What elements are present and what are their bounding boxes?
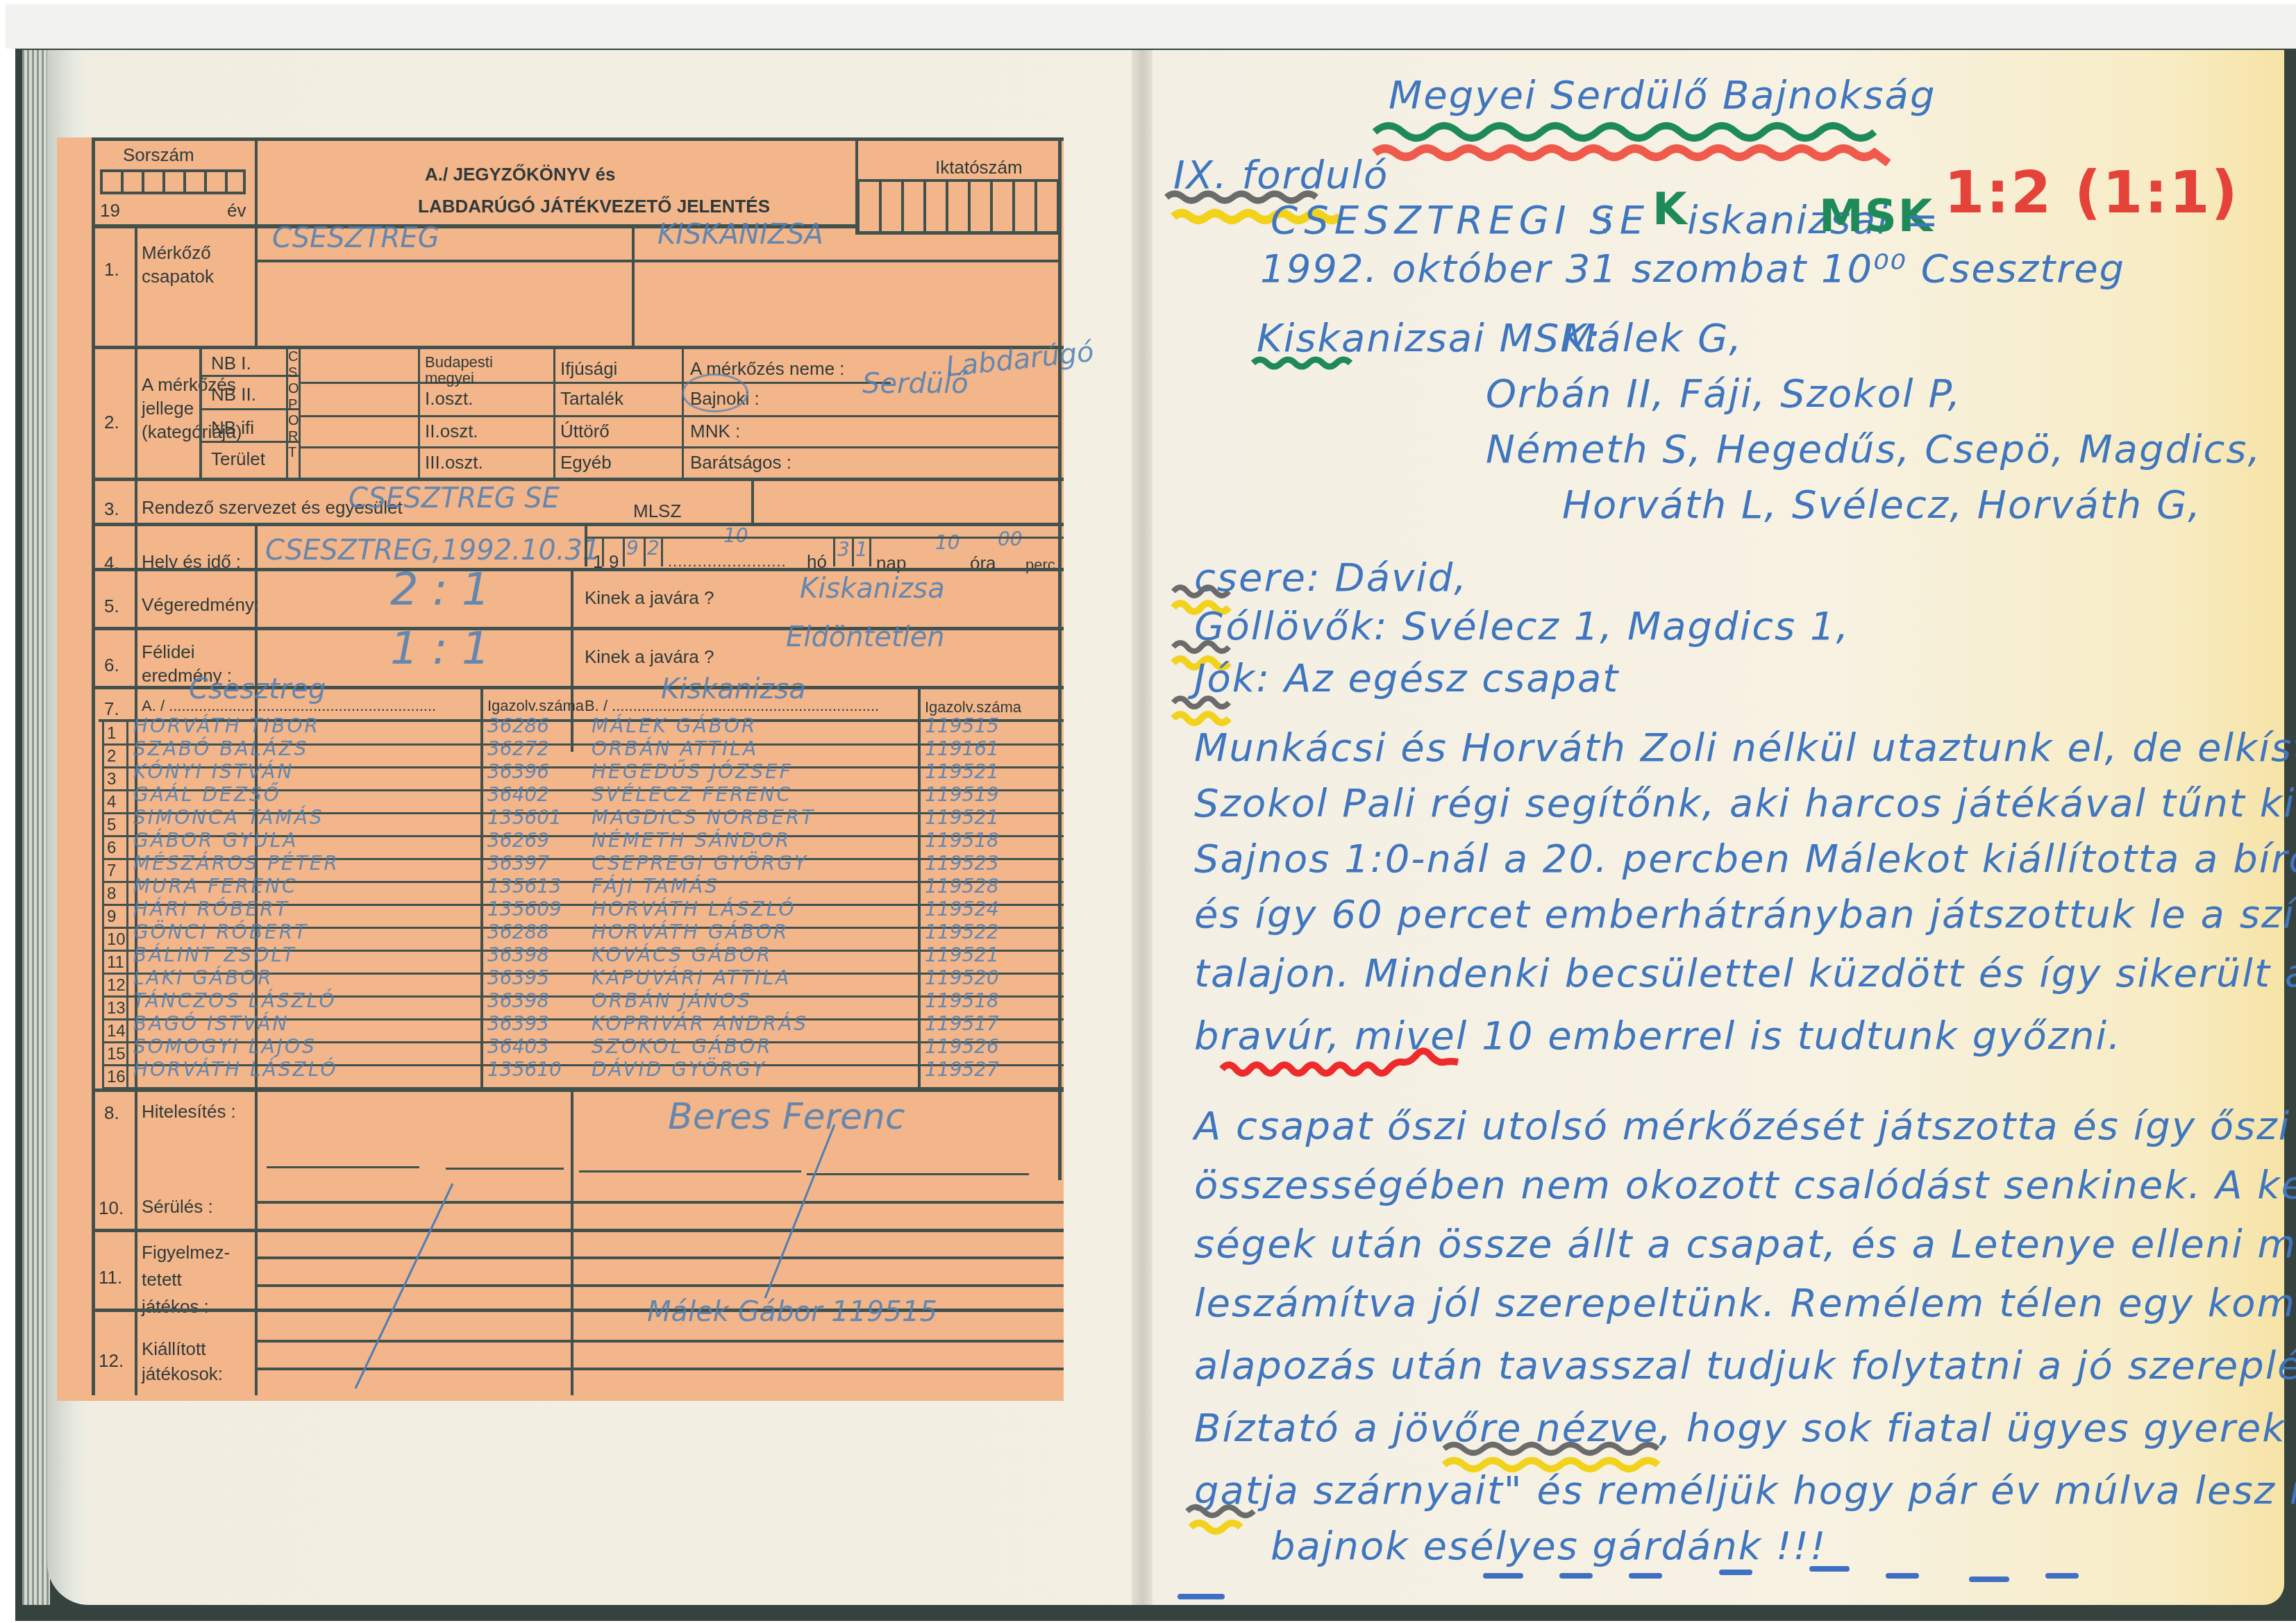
team-a-player-name: BAGÓ ISTVÁN	[133, 1014, 290, 1034]
team-a-player-id: 36288	[487, 923, 549, 942]
good-players-line: Jók: Az egész csapat	[1194, 659, 1619, 698]
team-a-player-id: 36272	[487, 739, 549, 759]
row-num-10: 10.	[99, 1197, 124, 1219]
team-b-player-id: 119515	[925, 716, 999, 736]
team-a-player-id: 36393	[487, 1014, 549, 1034]
team-a-player-name: SIMONCA TAMÁS	[133, 808, 324, 827]
place-time-hw: CSESZTREG,1992.10.31	[265, 537, 600, 564]
report-line-7: A csapat őszi utolsó mérkőzését játszott…	[1194, 1107, 2290, 1146]
div-2: II.oszt.	[425, 422, 478, 440]
row-num-1: 1.	[104, 259, 119, 280]
team-a-player-name: HÁRI RÓBERT	[133, 900, 290, 919]
team-a-hw: Csesztreg	[189, 675, 326, 703]
lineup-line-1: Málek G,	[1562, 319, 1743, 358]
player-row-number: 5	[107, 817, 116, 834]
match-type-hw-2: Serdülő	[862, 370, 969, 398]
row-num-3: 3.	[104, 498, 119, 520]
team-b-player-name: NÉMETH SÁNDOR	[592, 831, 791, 850]
row-num-12: 12.	[99, 1350, 124, 1372]
team-b-player-name: MÁLEK GÁBOR	[592, 716, 757, 736]
match-away-k: K	[1652, 187, 1689, 232]
team-b-player-name: CSEPREGI GYÖRGY	[592, 854, 808, 873]
player-row-number: 2	[107, 748, 116, 765]
type-uttoro: Úttörő	[560, 422, 610, 440]
match-home: CSESZTREGI SE	[1271, 201, 1650, 240]
team-a-player-id: 135610	[487, 1060, 562, 1079]
team-a-player-id: 36398	[487, 945, 549, 965]
halftime-score-hw: 1 : 1	[390, 627, 490, 671]
team-b-player-name: KOPRIVÁR ANDRÁS	[592, 1014, 808, 1034]
team-b-player-id: 119520	[925, 968, 999, 988]
team-a-player-id: 36398	[487, 991, 549, 1011]
div-1: I.oszt.	[425, 389, 473, 407]
report-line-4: és így 60 percet emberhátrányban játszot…	[1194, 895, 2296, 934]
team-a-player-name: BÁLINT ZSOLT	[133, 945, 296, 965]
player-row-number: 1	[107, 725, 116, 742]
day-digit-1-hw: 3	[837, 540, 850, 560]
team-a-player-name: HORVÁTH TIBOR	[133, 716, 320, 736]
type-ifjusagi: Ifjúsági	[560, 360, 617, 378]
sent-off-label: Kiállított játékosok:	[142, 1336, 232, 1387]
final-result-label: Végeredmény:	[142, 596, 259, 614]
organizer-hw: CSESZTREG SE	[349, 485, 560, 512]
final-score: 1:2 (1:1)	[1944, 163, 2239, 221]
team-b-player-id: 119522	[925, 923, 999, 942]
team-a-player-name: KÓNYI ISTVÁN	[133, 762, 294, 782]
match-sep: :	[1600, 201, 1615, 240]
player-grid: 1HORVÁTH TIBOR36286MÁLEK GÁBOR1195152SZA…	[57, 722, 1064, 1088]
csoport-vertical: CSOPORT	[288, 349, 299, 461]
team-b-player-id: 119528	[925, 877, 999, 896]
team-b-player-id: 119527	[925, 1060, 999, 1079]
player-row-number: 9	[107, 909, 116, 925]
scan-top-margin	[6, 4, 2296, 49]
level-nb2: NB II.	[211, 385, 256, 403]
lineup-line-2: Orbán II, Fáji, Szokol P,	[1486, 375, 1961, 414]
report-line-3: Sajnos 1:0-nál a 20. percben Málekot kiá…	[1194, 840, 2296, 879]
year-suffix: év	[227, 201, 246, 219]
team-b-id-header: Igazolv.száma	[925, 700, 1021, 715]
team-b-player-id: 119517	[925, 1014, 999, 1034]
sorszam-boxes[interactable]	[100, 169, 246, 194]
report-line-8: összességében nem okozott csalódást senk…	[1194, 1166, 2296, 1205]
player-row-number: 16	[107, 1069, 126, 1086]
name-baratsagos: Barátságos :	[690, 453, 791, 471]
team-b-player-id: 119521	[925, 762, 999, 782]
year-digit-4-hw: 2	[647, 539, 660, 558]
team-a-player-id: 36269	[487, 831, 549, 850]
report-line-13: gatja szárnyait" és reméljük hogy pár év…	[1194, 1472, 2296, 1511]
injury-label: Sérülés :	[142, 1197, 213, 1216]
certification-label: Hitelesítés :	[142, 1102, 236, 1120]
player-row-number: 4	[107, 794, 116, 811]
form-lower-block: 10. Sérülés : 11. Figyelmez- tetett játé…	[57, 1180, 1064, 1395]
title-underline-green	[1375, 118, 1916, 174]
team-a-player-id: 36397	[487, 854, 549, 873]
lineup-underline	[1253, 353, 1364, 373]
halftime-winner-hw: Eldöntetlen	[786, 623, 945, 651]
level-nb1: NB I.	[211, 354, 251, 372]
team-a-player-name: GÁBOR GYULA	[133, 831, 299, 850]
row-num-11: 11.	[99, 1267, 122, 1288]
team-b-player-name: KAPUVÁRI ATTILA	[592, 968, 791, 988]
team-b-player-name: SVÉLECZ FERENC	[592, 785, 792, 805]
scorers-line: Góllövők: Svélecz 1, Magdics 1,	[1194, 607, 1850, 646]
team-b-player-name: ORBÁN ATTILA	[592, 739, 758, 759]
level-nbifi: NB ifi	[211, 419, 254, 437]
report-line-12: Bíztató a jövőre nézve, hogy sok fiatal …	[1194, 1409, 2296, 1448]
team-b-player-name: FÁJI TAMÁS	[592, 877, 719, 896]
report-line-2: Szokol Pali régi segítőnk, aki harcos já…	[1194, 784, 2296, 823]
div-3: III.oszt.	[425, 453, 483, 471]
team-a-player-id: 36286	[487, 716, 549, 736]
type-egyeb: Egyéb	[560, 453, 612, 471]
wings-underline	[1187, 1503, 1257, 1545]
name-mnk: MNK :	[690, 422, 740, 440]
team-a-id-header: Igazolv.száma	[487, 698, 584, 714]
team-b-player-id: 119523	[925, 854, 999, 873]
iktatoszam-boxes[interactable]	[857, 179, 1062, 234]
year-prefix: 19	[100, 201, 120, 219]
team-a-player-name: GAÁL DEZSŐ	[133, 785, 281, 805]
team-b-player-name: MAGDICS NORBERT	[592, 808, 815, 827]
level-terulet: Terület	[211, 450, 265, 468]
sorszam-label: Sorszám	[123, 146, 194, 164]
team-b-hw: Kiskanizsa	[661, 675, 806, 703]
report-line-5: talajon. Mindenki becsülettel küzdött és…	[1194, 955, 2296, 993]
team-b-player-id: 119524	[925, 900, 999, 919]
team-b-player-id: 119161	[925, 739, 999, 759]
player-row-number: 15	[107, 1046, 126, 1063]
team-a-player-id: 36395	[487, 968, 549, 988]
player-row-number: 7	[107, 863, 116, 880]
month-hw: 10	[723, 526, 748, 546]
type-tartalek: Tartalék	[560, 389, 623, 407]
team-a-player-name: MÉSZÁROS PÉTER	[133, 854, 340, 873]
team-b-player-name: HORVÁTH LÁSZLÓ	[592, 900, 796, 919]
team-b-player-name: HORVÁTH GÁBOR	[592, 923, 789, 942]
team-b-player-name: DÁVID GYÖRGY	[592, 1060, 766, 1079]
organizer-org: MLSZ	[633, 502, 681, 520]
final-score-hw: 2 : 1	[390, 568, 490, 612]
team-a-player-name: TÁNCZOS LÁSZLÓ	[133, 991, 337, 1011]
notes-title: Megyei Serdülő Bajnokság	[1389, 76, 1936, 115]
void-strike-a	[328, 1180, 605, 1395]
team-b-player-id: 119521	[925, 945, 999, 965]
report-line-11: alapozás után tavasszal tudjuk folytatni…	[1194, 1347, 2296, 1386]
player-row-number: 12	[107, 977, 126, 994]
form-title-line2: LABDARÚGÓ JÁTÉKVEZETŐ JELENTÉS	[418, 197, 770, 215]
void-strike-b	[723, 1125, 932, 1333]
team-a-player-name: SOMOGYI LAJOS	[133, 1037, 317, 1057]
team-b-player-name: SZOKOL GÁBOR	[592, 1037, 773, 1057]
team-a-player-name: LAKI GÁBOR	[133, 968, 274, 988]
team-a-player-id: 36402	[487, 785, 549, 805]
team-b-player-name: ORBÁN JÁNOS	[592, 991, 752, 1011]
team-a-player-id: 36396	[487, 762, 549, 782]
player-row-number: 13	[107, 1000, 126, 1017]
div-budapesti: Budapesti megyei	[425, 354, 501, 386]
day-digit-2-hw: 1	[855, 540, 868, 560]
home-team-hw: CSESZTREG	[272, 224, 439, 252]
player-row-number: 8	[107, 886, 116, 902]
team-a-player-name: GÖNCI RÓBERT	[133, 923, 308, 942]
team-a-player-id: 36403	[487, 1037, 549, 1057]
bravur-underline	[1222, 1048, 1444, 1083]
team-a-player-id: 135613	[487, 877, 562, 896]
team-b-player-id: 119518	[925, 991, 999, 1011]
team-a-player-name: MURA FERENC	[133, 877, 298, 896]
team-b-player-id: 119521	[925, 808, 999, 827]
lineup-line-3: Németh S, Hegedűs, Csepö, Magdics,	[1486, 430, 2261, 469]
player-row-number: 14	[107, 1023, 126, 1040]
book-page-edges	[22, 50, 50, 1605]
team-b-player-id: 119519	[925, 785, 999, 805]
date-line: 1992. október 31 szombat 10⁰⁰ Csesztreg	[1260, 250, 2125, 289]
team-a-player-name: SZABÓ BALÁZS	[133, 739, 308, 759]
final-winner-label: Kinek a javára ?	[585, 589, 714, 607]
player-row-number: 6	[107, 840, 116, 857]
closing-dashes	[1173, 1548, 2284, 1604]
halftime-winner-label: Kinek a javára ?	[585, 648, 714, 666]
match-equals: =	[1906, 201, 1940, 240]
bajnoki-circle	[682, 373, 748, 412]
player-row-number: 10	[107, 932, 126, 948]
lineup-line-4: Horváth L, Svélecz, Horváth G,	[1562, 486, 2202, 525]
row-num-5: 5.	[104, 596, 119, 617]
player-row-number: 3	[107, 771, 116, 788]
book-gutter	[1132, 50, 1154, 1605]
iktatoszam-label: Iktatószám	[935, 158, 1023, 176]
report-line-10: leszámítva jól szerepeltünk. Remélem tél…	[1194, 1284, 2296, 1323]
team-b-player-name: KOVÁCS GÁBOR	[592, 945, 772, 965]
year-digit-3-hw: 9	[626, 539, 639, 558]
teams-label: Mérkőző csapatok	[142, 242, 246, 289]
minute-hw: 00	[998, 530, 1023, 549]
team-a-player-name: HORVÁTH LÁSZLÓ	[133, 1060, 337, 1079]
form-title-line1: A./ JEGYZŐKÖNYV és	[425, 165, 616, 183]
row-num-8: 8.	[104, 1102, 119, 1124]
report-line-9: ségek után össze állt a csapat, és a Let…	[1194, 1225, 2296, 1264]
final-winner-hw: Kiskanizsa	[800, 575, 945, 603]
report-line-1: Munkácsi és Horváth Zoli nélkül utaztunk…	[1194, 729, 2296, 768]
team-b-player-id: 119518	[925, 831, 999, 850]
row-num-6: 6.	[104, 655, 119, 676]
away-team-hw: KISKANIZSA	[657, 221, 823, 249]
team-a-player-id: 135601	[487, 808, 562, 827]
row-num-7: 7.	[104, 698, 119, 720]
team-a-player-id: 135609	[487, 900, 562, 919]
row-num-2: 2.	[104, 412, 119, 433]
team-b-player-name: HEGEDŰS JÓZSEF	[592, 762, 793, 782]
player-row-number: 11	[107, 955, 124, 971]
month-dots: ........................	[668, 554, 787, 569]
team-b-player-id: 119526	[925, 1037, 999, 1057]
